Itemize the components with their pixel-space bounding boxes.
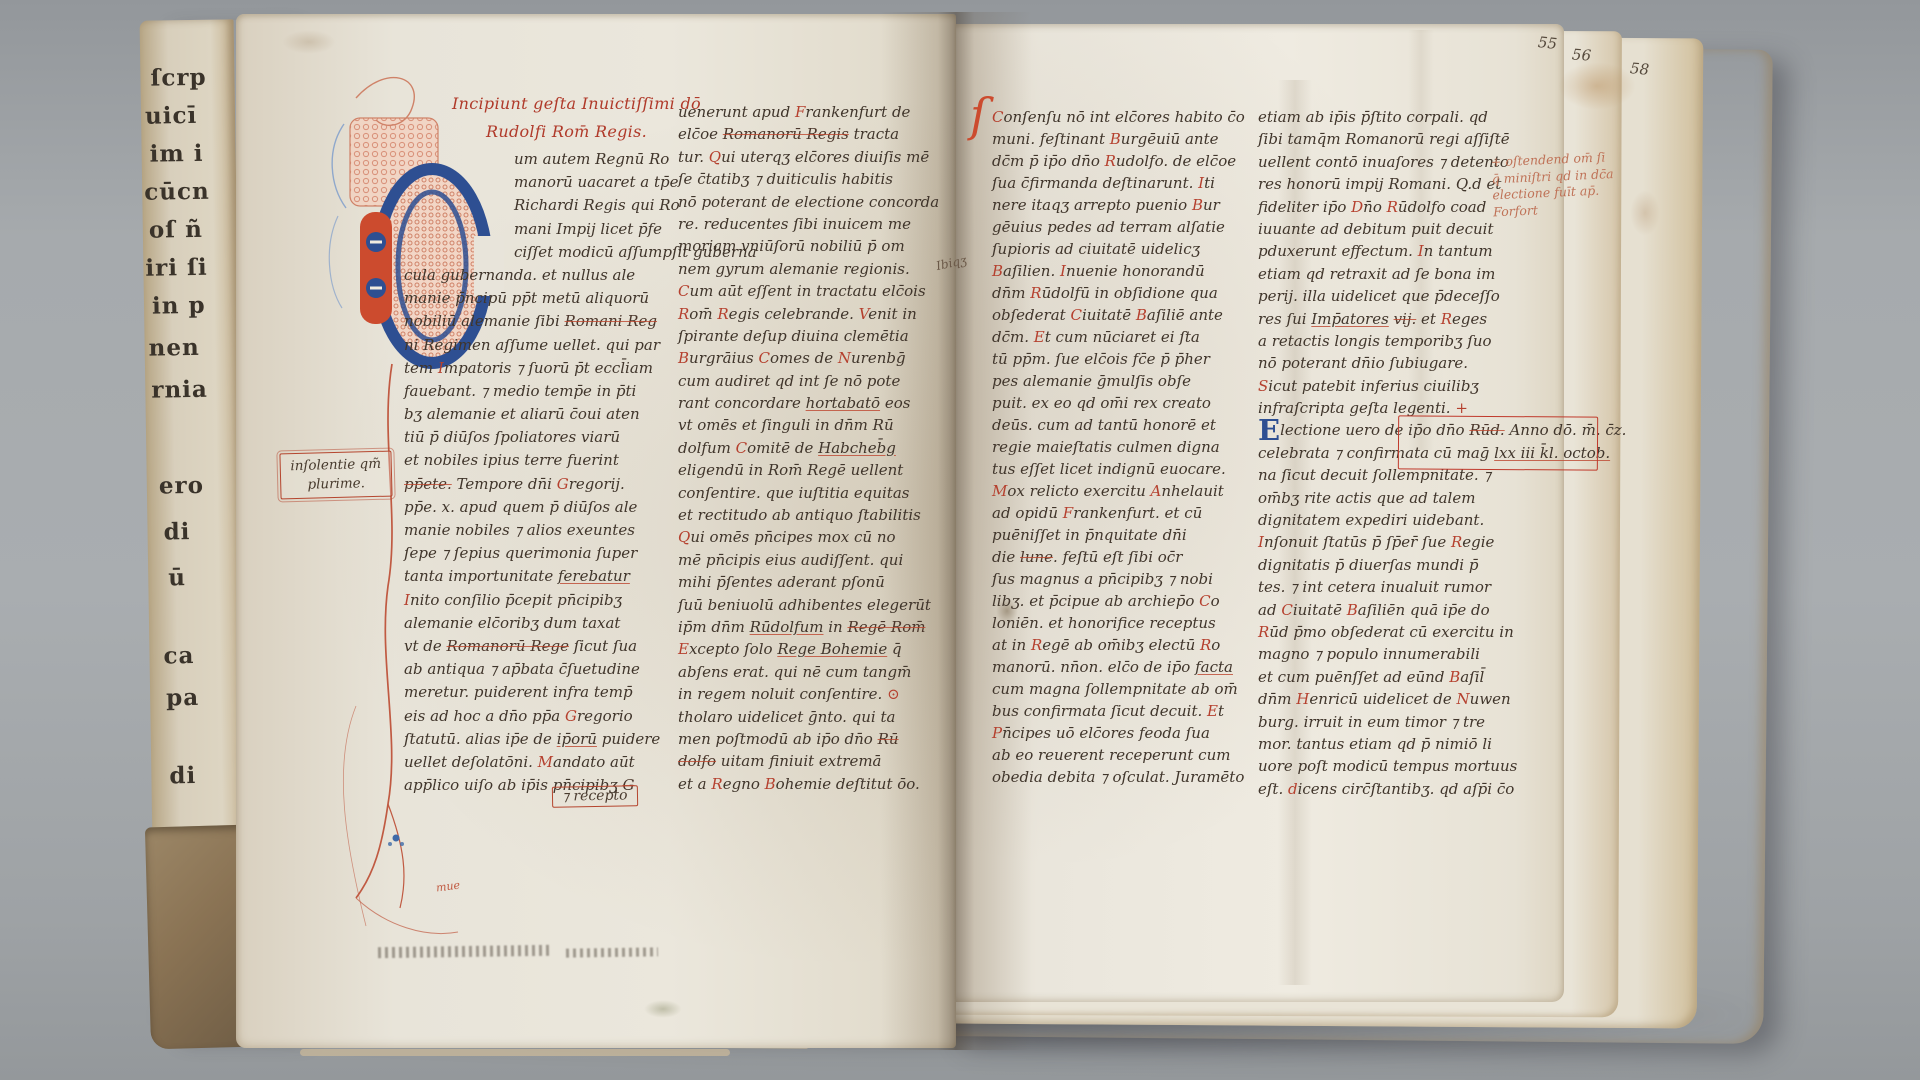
text-line: in regem noluit conſentire. ⊙: [678, 683, 932, 705]
rubricated-letter: F: [795, 103, 805, 121]
script-text: ur: [1203, 196, 1220, 214]
rubricated-letter: R: [1258, 623, 1269, 641]
script-text: pduxerunt effectum.: [1258, 242, 1418, 260]
text-column-3: Conſenſu nō int elc̄ores habito c̄omuni.…: [992, 106, 1244, 788]
rubricated-letter: E: [1034, 328, 1045, 346]
text-line: cum audiret qd int ſe nō pote: [678, 370, 932, 392]
script-text: die: [992, 548, 1020, 566]
text-line: die lune. feſtū eſt ſibi oc̄r: [992, 546, 1244, 568]
script-text: mē pn̄cipis eius audiſſent. qui: [678, 551, 903, 569]
script-text: urenbḡ: [851, 349, 906, 367]
text-line: uellet deſolatōni. Mandato aūt: [404, 751, 656, 774]
text-line: mē pn̄cipis eius audiſſent. qui: [678, 549, 932, 571]
script-text: dc̄m p̄ ip̄o dn̄o: [992, 152, 1105, 170]
script-text: gēuius pedes ad terram alſatie: [992, 218, 1225, 236]
rubricated-letter: N: [1457, 690, 1470, 708]
script-text: egis celebrande.: [729, 305, 859, 323]
script-text: ſe c̄tatibʒ ⁊ duiticulis habitis: [678, 170, 893, 188]
script-text: magno ⁊ populo innumerabili: [1258, 645, 1480, 663]
script-text: n tantum: [1424, 242, 1493, 260]
text-line: eligendū in Rom̄ Regē uellent: [678, 459, 932, 481]
text-line: deūs. cum ad tantū honorē et: [992, 414, 1244, 436]
script-text: elc̄oe: [678, 125, 723, 143]
script-text: dolfum: [678, 439, 736, 457]
text-line: et a Regno Bohemie deſtitut ōo.: [678, 773, 932, 795]
script-text: lxx iii k̄l. octob.: [1494, 444, 1610, 462]
folio-number-58: 58: [1629, 59, 1650, 79]
text-line: manorū. nn̄on. elc̄o de ip̄o facta: [992, 656, 1244, 678]
text-line: rant concordare hortabatō eos: [678, 392, 932, 414]
script-text: ab eo reuerent receperunt cum: [992, 746, 1230, 764]
script-text: loniēn. et honorifice receptus: [992, 614, 1216, 632]
script-text: Romani Reg: [565, 312, 658, 330]
text-line: re. reducentes ſibi inuicem me: [678, 213, 932, 235]
script-text: conſentire. que iuſtitia equitas: [678, 484, 909, 502]
script-text: aſiliēn quā ip̄e do: [1358, 601, 1490, 619]
script-text: egno: [723, 775, 765, 793]
script-text: ad: [1258, 601, 1281, 619]
rubricated-letter: E: [678, 640, 689, 658]
text-line: alemanie elc̄oribʒ dum taxat: [404, 612, 656, 635]
script-text: regie maieſtatis culmen digna: [992, 438, 1220, 456]
rubricated-letter: Q: [709, 148, 721, 166]
text-line: libʒ. et p̄cipue ab archiep̄o Co: [992, 590, 1244, 612]
script-text: bʒ alemanie et aliarū c̄oui aten: [404, 405, 640, 423]
script-text: eos: [880, 394, 910, 412]
rubricated-letter: R: [678, 305, 689, 323]
text-line: celebrata ⁊ confirmata cū maḡ lxx iii k̄…: [1258, 442, 1548, 464]
fragment-text-line: di: [163, 518, 190, 545]
text-line: ſuū beniuolū adhibentes elegerūt: [678, 594, 932, 616]
rubricated-letter: C: [1281, 601, 1292, 619]
rubricated-letter: R: [1451, 533, 1462, 551]
script-text: in: [823, 618, 847, 636]
script-text: celebrata ⁊ confirmata cū maḡ: [1258, 444, 1494, 462]
text-line: pduxerunt effectum. In tantum: [1258, 240, 1548, 262]
text-line: Cum aūt eſſent in tractatu elc̄ois: [678, 280, 932, 302]
text-line: om̄bʒ rite actis que ad talem: [1258, 487, 1548, 509]
rubricated-letter: B: [1449, 668, 1460, 686]
text-line: ab eo reuerent receperunt cum: [992, 744, 1244, 766]
rubricated-letter: C: [736, 439, 747, 457]
script-text: dn̄m: [992, 284, 1030, 302]
text-line: nobiliū alemanie ſibi Romani Reg: [404, 310, 656, 333]
script-text: dc̄m.: [992, 328, 1034, 346]
fragment-text-line: im i: [149, 140, 203, 168]
page-bottom-edge: [300, 1049, 730, 1056]
text-line: ſpirante deſup diuina clemētia: [678, 325, 932, 347]
script-text: ferebatur: [558, 567, 630, 585]
script-text: Anno dō. m̄. c̄z.: [1505, 421, 1627, 439]
rubricated-letter: B: [1110, 130, 1121, 148]
offset-text-smudge: [566, 947, 658, 957]
text-line: ad opidū Frankenfurt. et cū: [992, 502, 1244, 524]
text-line: eis ad hoc a dn̄o pp̄a Gregorio: [404, 705, 656, 728]
script-text: et: [1416, 310, 1440, 328]
text-line: conſentire. que iuſtitia equitas: [678, 482, 932, 504]
rubricated-letter: B: [1192, 196, 1203, 214]
fragment-text-line: rnia: [151, 376, 208, 404]
script-text: aſil̄: [1460, 668, 1484, 686]
script-text: nere itaqʒ arrepto puenio: [992, 196, 1192, 214]
script-text: uwen: [1470, 690, 1511, 708]
script-text: Habcheb̄g: [818, 439, 896, 457]
text-line: Qui omēs pn̄cipes mox cū no: [678, 526, 932, 548]
script-text: t cum nūciaret ei ſta: [1045, 328, 1200, 346]
script-text: puit. ex eo qd om̄i rex creato: [992, 394, 1211, 412]
script-text: mani Impij licet p̄fe: [514, 220, 662, 238]
script-text: urgēuiū ante: [1121, 130, 1219, 148]
script-text: icens circ̄ſtantibʒ. qd aſp̄i c̄o: [1298, 780, 1515, 798]
script-text: mihi p̄ſentes aderant pſonū: [678, 573, 885, 591]
text-line: ſe c̄tatibʒ ⁊ duiticulis habitis: [678, 168, 932, 190]
script-text: lune: [1020, 548, 1053, 566]
script-text: Rūd.: [1469, 421, 1504, 439]
text-line: Inito conſilio p̄cepit pn̄cipibʒ: [404, 589, 656, 612]
initial-text-wrap-spacer: [404, 148, 514, 244]
text-line: Burgrāius Comes de Nurenbḡ: [678, 347, 932, 369]
text-line: ciſſet modicū aſſumpſit guberna: [404, 241, 656, 264]
script-text: enit in: [868, 305, 917, 323]
text-line: men poſtmodū ab ip̄o dn̄o Rū: [678, 728, 932, 750]
text-line: ſua c̄firmanda deſtinarunt. Iti: [992, 172, 1244, 194]
script-text: infraſcripta geſta legenti.: [1258, 399, 1455, 417]
rubricated-letter: B: [678, 349, 689, 367]
text-line: Inſonuit ſtatūs p̄ ſp̄er̄ ſue Regie: [1258, 531, 1548, 553]
script-text: mpatoris ⁊ ſuorū p̄t eccl̄iam: [444, 359, 653, 377]
script-text: tholaro uidelicet ḡnto. qui ta: [678, 708, 895, 726]
script-text: tur.: [678, 148, 709, 166]
fragment-text-line: iri ſi: [145, 254, 208, 282]
script-text: ip̄m dn̄m: [678, 618, 750, 636]
text-line: dolfum Comitē de Habcheb̄g: [678, 437, 932, 459]
script-text: Romanorū Regis: [723, 125, 849, 143]
text-line: nem gyrum alemanie regionis.: [678, 258, 932, 280]
text-line: moriam vniūſorū nobiliū p̄ om: [678, 235, 932, 257]
script-text: eges: [1452, 310, 1487, 328]
script-text: ui uterqʒ elc̄ores diuiſis mē: [721, 148, 929, 166]
text-line: gēuius pedes ad terram alſatie: [992, 216, 1244, 238]
script-text: regorij.: [569, 475, 625, 493]
script-text: fauebant. ⁊ medio temp̄e in p̄ti: [404, 382, 636, 400]
script-text: iuitatē: [1082, 306, 1136, 324]
script-text: cula gubernanda. et nullus ale: [404, 266, 635, 284]
text-line: tur. Qui uterqʒ elc̄ores diuiſis mē: [678, 146, 932, 168]
script-text: ti: [1204, 174, 1215, 192]
script-text: q̄: [887, 640, 901, 658]
script-text: ſibi tamq̄m Romanorū regi aſſiſtē: [1258, 130, 1510, 148]
catchword-box: ⁊ recepto: [552, 785, 638, 807]
script-text: Richardi Regis qui Ro: [514, 196, 680, 214]
script-text: tiū p̄ diūſos ſpoliatores viarū: [404, 428, 620, 446]
rubricated-letter: E: [1207, 702, 1218, 720]
script-text: pp̄e. x. apud quem p̄ diūſos ale: [404, 498, 637, 516]
script-text: um autem Regnū Ro: [514, 150, 669, 168]
text-line: nō poterant de electione concorda: [678, 191, 932, 213]
rubricated-letter: C: [759, 349, 770, 367]
rubricated-letter: V: [859, 305, 868, 323]
script-text: om̄bʒ rite actis que ad talem: [1258, 489, 1475, 507]
script-text: in regem noluit conſentire.: [678, 685, 887, 703]
text-line: puit. ex eo qd om̄i rex creato: [992, 392, 1244, 414]
script-text: bus confirmata ſicut decuit.: [992, 702, 1207, 720]
text-line: Electione uero de ip̄o dn̄o Rūd. Anno dō…: [1258, 419, 1548, 441]
text-line: pes alemanie ḡmulſis obſe: [992, 370, 1244, 392]
fragment-text-line: oſ ñ: [149, 216, 203, 244]
script-text: uellent contō inuaſores ⁊ detento: [1258, 153, 1509, 171]
text-line: Rom̄ Regis celebrande. Venit in: [678, 303, 932, 325]
folio-number-55: 55: [1537, 33, 1558, 53]
fragment-text-line: cūcn: [144, 178, 210, 206]
text-line: elc̄oe Romanorū Regis tracta: [678, 123, 932, 145]
rubricated-letter: R: [1031, 636, 1042, 654]
script-text: tes. ⁊ int cetera inualuit rumor: [1258, 578, 1491, 596]
fragment-text-line: ca: [163, 642, 194, 669]
rubricated-letter: C: [992, 108, 1003, 126]
script-text: omitē de: [747, 439, 818, 457]
script-text: pes alemanie ḡmulſis obſe: [992, 372, 1191, 390]
rubricated-letter: R: [1441, 310, 1452, 328]
rubricated-letter: +: [1455, 399, 1468, 417]
text-line: obedia debita ⁊ oſculat. Juramēto: [992, 766, 1244, 788]
text-line: magno ⁊ populo innumerabili: [1258, 643, 1548, 665]
script-text: andato aūt: [553, 753, 635, 771]
fragment-text-line: ū: [168, 564, 186, 591]
text-line: infraſcripta geſta legenti. +: [1258, 397, 1548, 419]
fragment-text-line: ero: [159, 472, 205, 500]
text-line: bus confirmata ſicut decuit. Et: [992, 700, 1244, 722]
script-text: ſus magnus a pn̄cipibʒ ⁊ nobi: [992, 570, 1213, 588]
text-column-2: uenerunt apud Frankenfurt deelc̄oe Roman…: [678, 101, 932, 795]
script-text: Rege Bohemie: [777, 640, 887, 658]
script-text: n̄cipes uō elc̄ores feoda ſua: [1002, 724, 1210, 742]
margin-note-left: inſolentie qm̃ plurime.: [279, 451, 392, 500]
text-line: dc̄m p̄ ip̄o dn̄o Rudolfo. de elc̄oe: [992, 150, 1244, 172]
text-line: loniēn. et honorifice receptus: [992, 612, 1244, 634]
text-line: a retactis longis temporibʒ ſuo: [1258, 330, 1548, 352]
rubricated-letter: ⊙: [887, 685, 900, 703]
text-line: tanta importunitate ferebatur: [404, 565, 656, 588]
script-text: tem: [404, 359, 438, 377]
script-text: ab antiqua ⁊ ap̄bata c̄ſuetudine: [404, 660, 640, 678]
fragment-text-line: pa: [166, 684, 199, 712]
text-line: dc̄m. Et cum nūciaret ei ſta: [992, 326, 1244, 348]
rubricated-letter: R: [1030, 284, 1041, 302]
text-line: tus eſſet licet indignū euocare.: [992, 458, 1244, 480]
text-line: manie p̄ncipū pp̄t metū aliquorū: [404, 287, 656, 310]
script-text: a retactis longis temporibʒ ſuo: [1258, 332, 1492, 350]
script-text: nſonuit ſtatūs p̄ ſp̄er̄ ſue: [1264, 533, 1451, 551]
script-text: men poſtmodū ab ip̄o dn̄o: [678, 730, 878, 748]
fragment-text-line: ſcrp: [150, 64, 207, 92]
rubricated-letter: G: [565, 707, 577, 725]
text-line: uore poſt modicū tempus mortuus: [1258, 755, 1548, 777]
script-text: tracta: [849, 125, 899, 143]
text-line: Excepto ſolo Rege Bohemie q̄: [678, 638, 932, 660]
script-text: nobiliū alemanie ſibi: [404, 312, 565, 330]
script-text: obedia debita ⁊ oſculat. Juramēto: [992, 768, 1244, 786]
text-line: ad Ciuitatē Baſiliēn quā ip̄e do: [1258, 599, 1548, 621]
text-line: Baſilien. Inuenie honorandū: [992, 260, 1244, 282]
text-line: uenerunt apud Frankenfurt de: [678, 101, 932, 123]
rubricated-letter: C: [1070, 306, 1081, 324]
script-text: perij. illa uidelicet que p̄deceſſo: [1258, 287, 1500, 305]
text-line: vt omēs et ſinguli in dn̄m Rū: [678, 414, 932, 436]
script-text: o: [1211, 592, 1220, 610]
rubricated-letter: R: [717, 305, 728, 323]
text-line: etiam ab ip̄is p̄ſtito corpali. qd: [1258, 106, 1548, 128]
script-text: hortabatō: [806, 394, 880, 412]
script-text: ūdolfū in obſidione qua: [1042, 284, 1218, 302]
text-line: Pn̄cipes uō elc̄ores feoda ſua: [992, 722, 1244, 744]
script-text: iuuante ad debitum puit decuit: [1258, 220, 1494, 238]
script-text: nito conſilio p̄cepit pn̄cipibʒ: [410, 591, 622, 609]
text-line: ab antiqua ⁊ ap̄bata c̄ſuetudine: [404, 658, 656, 681]
script-text: udolfo. de elc̄oe: [1116, 152, 1236, 170]
fragment-text-line: in p: [152, 292, 206, 320]
text-line: vt de Romanorū Rege ſicut ſua: [404, 635, 656, 658]
script-text: omes de: [770, 349, 838, 367]
text-line: abſens erat. qui nē cum tangm̄: [678, 661, 932, 683]
folio-number-56: 56: [1571, 45, 1591, 64]
script-text: eſt.: [1258, 780, 1288, 798]
text-line: pp̄e. x. apud quem p̄ diūſos ale: [404, 496, 656, 519]
text-line: at in Regē ab om̄ibʒ electū Ro: [992, 634, 1244, 656]
script-text: na ſicut decuit ſollempnitate. ⁊: [1258, 466, 1491, 484]
script-text: ſupioris ad ciuitatē uidelicʒ: [992, 240, 1200, 258]
text-line: mihi p̄ſentes aderant pſonū: [678, 571, 932, 593]
script-text: etiam ab ip̄is p̄ſtito corpali. qd: [1258, 108, 1488, 126]
script-text: nō poterant dn̄io ſubiugare.: [1258, 354, 1468, 372]
script-text: rankenfurt. et cū: [1073, 504, 1202, 522]
text-line: tiū p̄ diūſos ſpoliatores viarū: [404, 426, 656, 449]
script-text: ſicut ſua: [569, 637, 637, 655]
red-paraph-mark: ſ: [970, 92, 987, 138]
script-text: Imp̄atores: [1311, 310, 1389, 328]
text-line: dignitatis p̄ diuerſas mundi p̄: [1258, 554, 1548, 576]
text-line: dignitatem expediri uidebant.: [1258, 509, 1548, 531]
script-text: dolfo: [678, 752, 716, 770]
text-line: bʒ alemanie et aliarū c̄oui aten: [404, 403, 656, 426]
script-text: icut patebit inferius ciuilibʒ: [1268, 377, 1479, 395]
rubricated-letter: D: [1351, 198, 1363, 216]
script-text: et a: [678, 775, 711, 793]
text-line: burg. irruit in eum timor ⁊ tre: [1258, 711, 1548, 733]
script-text: o: [1211, 636, 1220, 654]
text-line: ni Regimen aſſume uellet. qui par: [404, 334, 656, 357]
script-text: rant concordare: [678, 394, 806, 412]
script-text: re. reducentes ſibi inuicem me: [678, 215, 911, 233]
rubric-line-1: Incipiunt geſta Inuictiſſimi dō: [452, 94, 701, 113]
script-text: vt de: [404, 637, 447, 655]
rubricated-letter: S: [1258, 377, 1268, 395]
script-text: at in: [992, 636, 1031, 654]
rubricated-letter: C: [1199, 592, 1210, 610]
text-line: regie maieſtatis culmen digna: [992, 436, 1244, 458]
text-line: dn̄m Henricū uidelicet de Nuwen: [1258, 688, 1548, 710]
text-line: ſibi tamq̄m Romanorū regi aſſiſtē: [1258, 128, 1548, 150]
script-text: abſens erat. qui nē cum tangm̄: [678, 663, 911, 681]
script-text: . feſtū eſt ſibi oc̄r: [1053, 548, 1182, 566]
binding-fragment: ſcrpuicīim icūcnoſ ñiri ſiin pnenrniaero…: [140, 19, 247, 842]
script-text: ſpirante deſup diuina clemētia: [678, 327, 909, 345]
script-text: puidere: [597, 730, 660, 748]
script-text: egie: [1462, 533, 1494, 551]
script-text: et nobiles ipius terre fuerint: [404, 451, 619, 469]
fragment-text-line: uicī: [145, 102, 198, 130]
script-text: n̄o: [1363, 198, 1386, 216]
text-line: mor. tantus etiam qd p̄ nimiō li: [1258, 733, 1548, 755]
rubricated-letter: B: [1136, 306, 1147, 324]
rubricated-letter: H: [1296, 690, 1309, 708]
text-line: pp̄ete. Tempore dn̄i Gregorij.: [404, 473, 656, 496]
text-line: tem Impatoris ⁊ ſuorū p̄t eccl̄iam: [404, 357, 656, 380]
text-line: Sicut patebit inferius ciuilibʒ: [1258, 375, 1548, 397]
script-text: ox relicto exercitu: [1007, 482, 1150, 500]
margin-note-line: inſolentie qm̃: [283, 455, 389, 477]
script-text: deūs. cum ad tantū honorē et: [992, 416, 1216, 434]
text-line: tes. ⁊ int cetera inualuit rumor: [1258, 576, 1548, 598]
rubricated-letter: B: [992, 262, 1003, 280]
script-text: et cum puēnſſet ad eūnd: [1258, 668, 1449, 686]
rubric-line-2: Rudolfi Rom̄ Regis.: [486, 122, 647, 141]
text-line: tū pp̄m. ſue elc̄ois fc̄e p̄ p̄her: [992, 348, 1244, 370]
script-text: ſua c̄firmanda deſtinarunt.: [992, 174, 1198, 192]
script-text: enricū uidelicet de: [1309, 690, 1456, 708]
script-text: ad opidū: [992, 504, 1063, 522]
text-line: Conſenſu nō int elc̄ores habito c̄o: [992, 106, 1244, 128]
text-line: ſus magnus a pn̄cipibʒ ⁊ nobi: [992, 568, 1244, 590]
script-text: tus eſſet licet indignū euocare.: [992, 460, 1226, 478]
text-line: et rectitudo ab antiquo ſtabilitis: [678, 504, 932, 526]
text-line: dolfo uitam finiuit extremā: [678, 750, 932, 772]
script-text: cum magna ſollempnitate ab om̄: [992, 680, 1238, 698]
text-line: na ſicut decuit ſollempnitate. ⁊: [1258, 464, 1548, 486]
script-text: ohemie deſtitut ōo.: [776, 775, 920, 793]
script-text: aſilien.: [1003, 262, 1060, 280]
script-text: vij.: [1394, 310, 1417, 328]
rubricated-letter: N: [838, 349, 851, 367]
script-text: onſenſu nō int elc̄ores habito c̄o: [1003, 108, 1244, 126]
script-text: et rectitudo ab antiquo ſtabilitis: [678, 506, 921, 524]
rubricated-letter: A: [1151, 482, 1162, 500]
text-line: nō poterant dn̄io ſubiugare.: [1258, 352, 1548, 374]
script-text: manorū. nn̄on. elc̄o de ip̄o: [992, 658, 1195, 676]
rubricated-letter: R: [1387, 198, 1398, 216]
margin-note-line: plurime.: [283, 474, 389, 496]
text-line: muni. feſtinant Burgēuiū ante: [992, 128, 1244, 150]
script-text: manie nobiles ⁊ alios exeuntes: [404, 521, 635, 539]
rubricated-letter: B: [1347, 601, 1358, 619]
fragment-text-line: nen: [148, 334, 199, 362]
script-text: aſiliē ante: [1147, 306, 1223, 324]
script-text: libʒ. et p̄cipue ab archiep̄o: [992, 592, 1199, 610]
text-line: eſt. dicens circ̄ſtantibʒ. qd aſp̄i c̄o: [1258, 778, 1548, 800]
script-text: tanta importunitate: [404, 567, 558, 585]
text-line: res ſui Imp̄atores vij. et Reges: [1258, 308, 1548, 330]
script-text: ip̄orū: [557, 730, 597, 748]
text-line: et cum puēnſſet ad eūnd Baſil̄: [1258, 666, 1548, 688]
rubricated-letter: F: [1063, 504, 1073, 522]
script-text: om̄: [689, 305, 717, 323]
rubricated-letter: P: [992, 724, 1002, 742]
script-text: ſuū beniuolū adhibentes elegerūt: [678, 596, 931, 614]
script-text: eis ad hoc a dn̄o pp̄a: [404, 707, 565, 725]
text-line: ſtatutū. alias ip̄e de ip̄orū puidere: [404, 728, 656, 751]
rubricated-letter: B: [765, 775, 776, 793]
rubricated-letter: M: [992, 482, 1007, 500]
text-line: dn̄m Rūdolfū in obſidione qua: [992, 282, 1244, 304]
